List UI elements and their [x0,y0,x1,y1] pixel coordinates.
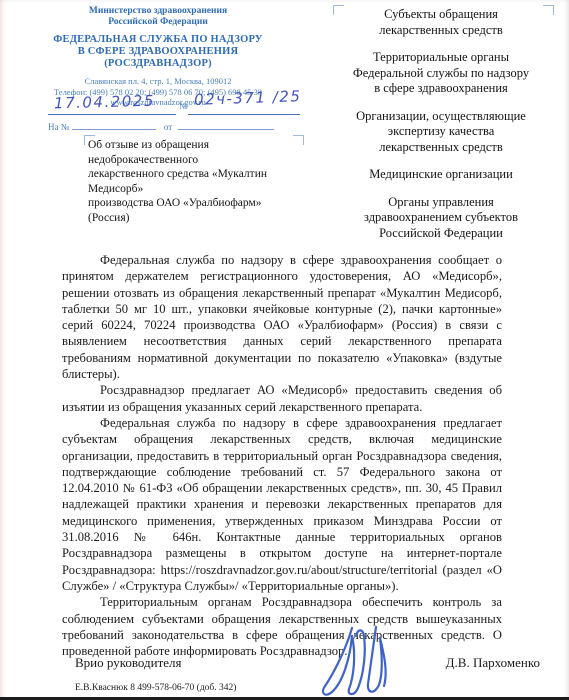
recipient-item: Субъекты обращения лекарственных средств [338,7,544,38]
recipient-item: Территориальные органы Федеральной служб… [338,50,544,97]
body-paragraph: Территориальным органам Росздравнадзора … [62,594,502,659]
body-paragraph: Федеральная служба по надзору в сфере зд… [62,415,502,594]
reply-from-label: от [164,122,172,132]
handwritten-number: 02ч-371 /25 [194,87,302,109]
document-page: Министерство здравоохранения Российской … [0,0,569,700]
recipient-item: Медицинские организации [338,167,544,183]
body-paragraph: Росздравнадзор предлагает АО «Медисорб» … [62,382,502,415]
reply-date-blank [178,120,274,130]
number-sign: № [179,101,188,111]
reference-line: 17.04.2025 № 02ч-371 /25 [48,92,308,122]
agency-name: ФЕДЕРАЛЬНАЯ СЛУЖБА ПО НАДЗОРУ В СФЕРЕ ЗД… [32,34,284,70]
number-underline [188,114,300,115]
reply-label: На № [48,122,69,132]
body-paragraph: Федеральная служба по надзору в сфере зд… [62,252,502,382]
reply-number-blank [72,120,156,130]
recipients-crop-mark-top-right [543,5,554,15]
reply-reference-line: На № от [48,120,274,132]
subject-line: Об отзыве из обращения недоброкачественн… [88,138,302,225]
signatory-position: Врио руководителя [75,655,182,671]
executor-contact: Е.В.Кваснюк 8 499-578-06-70 (доб. 342) [75,683,236,693]
handwritten-date: 17.04.2025 [54,92,155,113]
ministry-name: Министерство здравоохранения Российской … [32,6,284,28]
recipient-item: Органы управления здравоохранением субъе… [338,195,544,242]
recipients-list: Субъекты обращения лекарственных средств… [338,7,544,253]
recipient-item: Организации, осуществляющие экспертизу к… [338,109,544,156]
signatory-name: Д.В. Пархоменко [446,655,540,671]
handwritten-signature [318,624,410,698]
letter-body: Федеральная служба по надзору в сфере зд… [62,252,502,659]
date-underline [48,114,176,115]
